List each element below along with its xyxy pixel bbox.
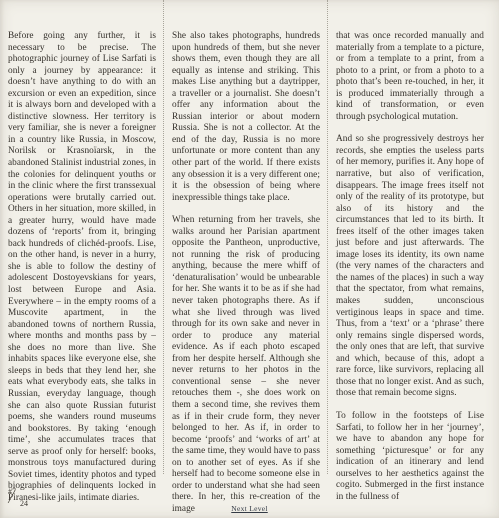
text-column-2: She also takes photographs, hundreds upo… (172, 31, 320, 515)
paragraph: Before going any further, it is necessar… (8, 31, 156, 504)
article-text-area: Before going any further, it is necessar… (8, 31, 484, 515)
paragraph: When returning from her travels, she wal… (172, 215, 320, 515)
paragraph: She also takes photographs, hundreds upo… (172, 31, 320, 204)
magazine-page: Before going any further, it is necessar… (0, 0, 499, 518)
text-column-1: Before going any further, it is necessar… (8, 31, 156, 515)
paragraph: that was once recorded manually and mate… (336, 31, 484, 123)
text-column-3: that was once recorded manually and mate… (336, 31, 484, 515)
paragraph: And so she progressively destroys her re… (336, 134, 484, 400)
footer-link[interactable]: Next Level (231, 504, 268, 513)
paragraph: To follow in the footsteps of Lise Sarfa… (336, 411, 484, 503)
page-footer: Next Level (0, 498, 499, 516)
